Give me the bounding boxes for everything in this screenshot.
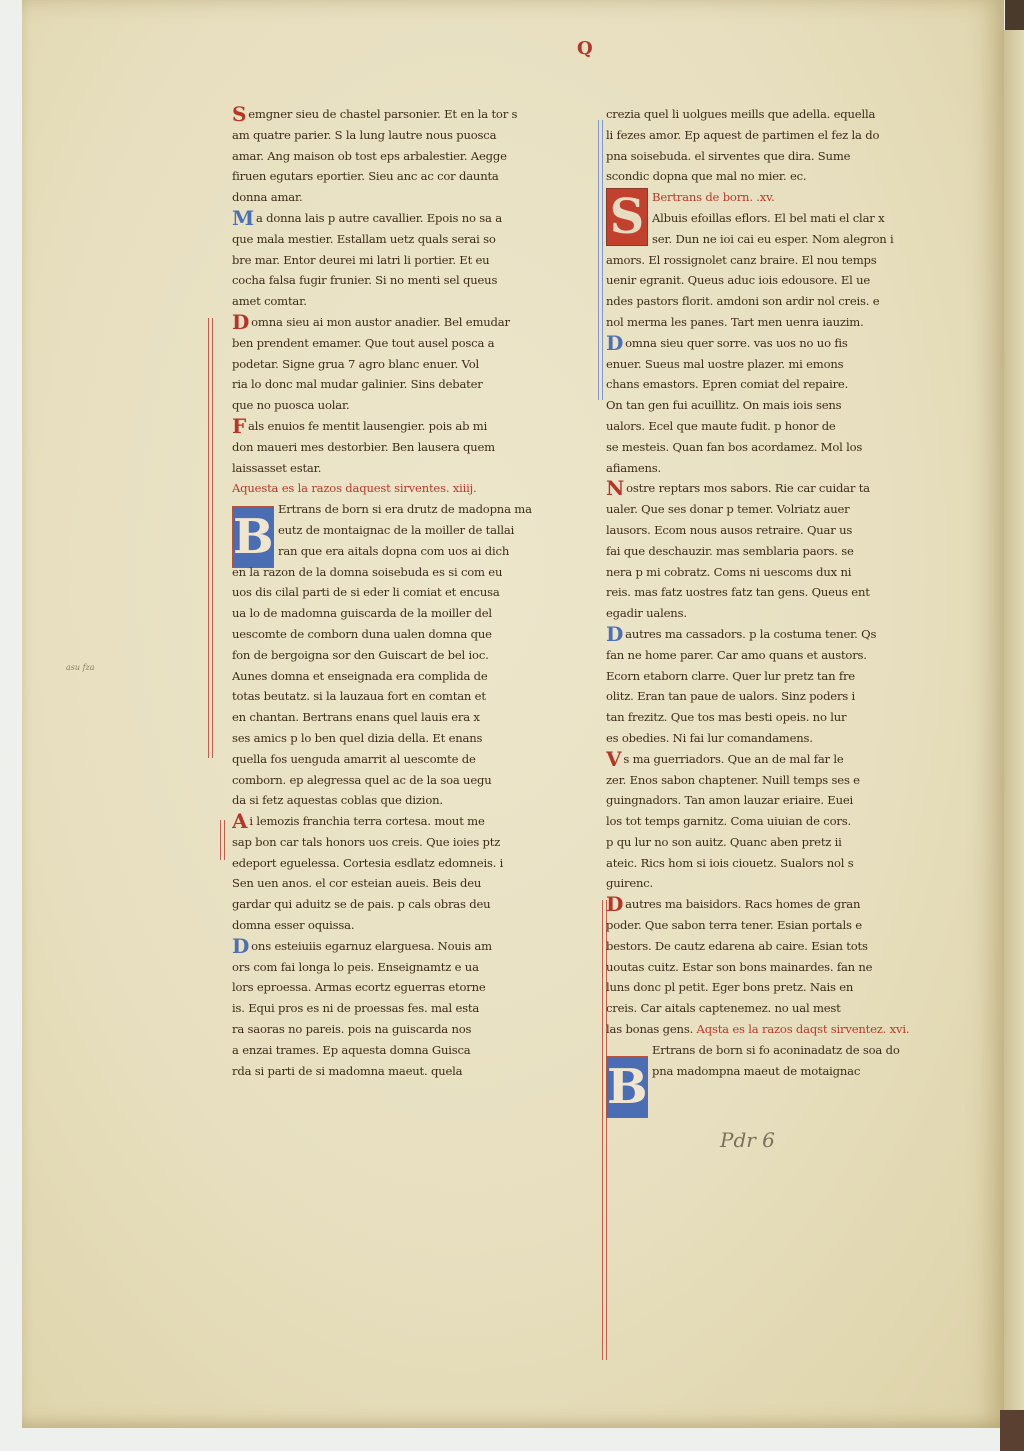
line-text: pna soisebuda. el sirventes que dira. Su… [606, 149, 850, 163]
text-line: nera p mi cobratz. Coms ni uescoms dux n… [606, 562, 961, 583]
line-text: creis. Car aitals captenemez. no ual mes… [606, 1001, 841, 1015]
text-line: tan frezitz. Que tos mas besti opeis. no… [606, 707, 961, 728]
text-line: laissasset estar. [232, 458, 587, 479]
line-text: domna esser oquissa. [232, 918, 354, 932]
initial-capital: D [232, 937, 249, 955]
line-text: Ecorn etaborn clarre. Quer lur pretz tan… [606, 669, 855, 683]
line-text: Sen uen anos. el cor esteian aueis. Beis… [232, 876, 481, 890]
line-text: als enuios fe mentit lausengier. pois ab… [248, 419, 487, 433]
text-line: que no puosca uolar. [232, 395, 587, 416]
line-text: luns donc pl petit. Eger bons pretz. Nai… [606, 980, 853, 994]
text-line: en chantan. Bertrans enans quel lauis er… [232, 707, 587, 728]
text-line: ua lo de madomna guiscarda de la moiller… [232, 603, 587, 624]
line-text: da si fetz aquestas coblas que dizion. [232, 793, 443, 807]
text-line: Ma donna lais p autre cavallier. Epois n… [232, 208, 587, 229]
text-line: poder. Que sabon terra tener. Esian port… [606, 915, 961, 936]
line-text: sap bon car tals honors uos creis. Que i… [232, 835, 500, 849]
initial-capital: D [606, 334, 623, 352]
line-text: p qu lur no son auitz. Quanc aben pretz … [606, 835, 842, 849]
line-text: quella fos uenguda amarrit al uescomte d… [232, 752, 476, 766]
line-text: laissasset estar. [232, 461, 321, 475]
text-line: ualer. Que ses donar p temer. Volriatz a… [606, 499, 961, 520]
line-text: que no puosca uolar. [232, 398, 350, 412]
initial-capital: A [232, 812, 247, 830]
initial-capital: D [606, 625, 623, 643]
signature-mark: Pdr 6 [720, 1128, 775, 1152]
line-text: donna amar. [232, 190, 303, 204]
line-text: ndes pastors florit. amdoni son ardir no… [606, 294, 879, 308]
page-gutter [1004, 30, 1024, 1420]
text-line: Semgner sieu de chastel parsonier. Et en… [232, 104, 587, 125]
line-text: egadir ualens. [606, 606, 687, 620]
text-line: Bertrans de born. .xv. [606, 187, 961, 208]
text-line: a enzai trames. Ep aquesta domna Guisca [232, 1040, 587, 1061]
line-text: ualors. Ecel que maute fudit. p honor de [606, 419, 836, 433]
text-line: nol merma les panes. Tart men uenra iauz… [606, 312, 961, 333]
line-text: emgner sieu de chastel parsonier. Et en … [248, 107, 517, 121]
line-text: nol merma les panes. Tart men uenra iauz… [606, 315, 864, 329]
text-line: bre mar. Entor deurei mi latri li portie… [232, 250, 587, 271]
text-line: lors eproessa. Armas ecortz eguerras eto… [232, 977, 587, 998]
line-text: amors. El rossignolet canz braire. El no… [606, 253, 876, 267]
line-text: fon de bergoigna sor den Guiscart de bel… [232, 648, 489, 662]
text-line: quella fos uenguda amarrit al uescomte d… [232, 749, 587, 770]
text-line: comborn. ep alegressa quel ac de la soa … [232, 770, 587, 791]
text-line: en la razon de la domna soisebuda es si … [232, 562, 587, 583]
line-text: ses amics p lo ben quel dizia della. Et … [232, 731, 482, 745]
text-line: Domna sieu quer sorre. vas uos no uo fis [606, 333, 961, 354]
text-line: pna madompna maeut de motaignac [606, 1061, 961, 1082]
text-line: podetar. Signe grua 7 agro blanc enuer. … [232, 354, 587, 375]
line-text: don maueri mes destorbier. Ben lausera q… [232, 440, 495, 454]
text-line: Nostre reptars mos sabors. Rie car cuida… [606, 478, 961, 499]
line-text: firuen egutars eportier. Sieu anc ac cor… [232, 169, 499, 183]
line-text: fan ne home parer. Car amo quans et aust… [606, 648, 867, 662]
text-line: domna esser oquissa. [232, 915, 587, 936]
line-text: li fezes amor. Ep aquest de partimen el … [606, 128, 879, 142]
binding-top [1005, 0, 1024, 30]
left-text-column: Semgner sieu de chastel parsonier. Et en… [232, 104, 587, 1081]
text-line: is. Equi pros es ni de proessas fes. mal… [232, 998, 587, 1019]
text-line: ser. Dun ne ioi cai eu esper. Nom alegro… [606, 229, 961, 250]
line-text: los tot temps garnitz. Coma uiuian de co… [606, 814, 851, 828]
text-line: Vs ma guerriadors. Que an de mal far le [606, 749, 961, 770]
line-text: zer. Enos sabon chaptener. Nuill temps s… [606, 773, 860, 787]
text-line: uoutas cuitz. Estar son bons mainardes. … [606, 957, 961, 978]
text-line: guingnadors. Tan amon lauzar eriaire. Eu… [606, 790, 961, 811]
text-line: ses amics p lo ben quel dizia della. Et … [232, 728, 587, 749]
line-text: Bertrans de born. .xv. [652, 190, 775, 204]
right-blue-border-decoration [598, 120, 603, 400]
line-text: se mesteis. Quan fan bos acordamez. Mol … [606, 440, 862, 454]
text-line: crezia quel li uolgues meills que adella… [606, 104, 961, 125]
text-line: firuen egutars eportier. Sieu anc ac cor… [232, 166, 587, 187]
line-text: amet comtar. [232, 294, 307, 308]
line-text: ostre reptars mos sabors. Rie car cuidar… [626, 481, 870, 495]
text-line: gardar qui aduitz se de pais. p cals obr… [232, 894, 587, 915]
left-red-border-decoration-lower [220, 820, 225, 860]
text-line: Ertrans de born si era drutz de madopna … [232, 499, 587, 520]
text-line: las bonas gens. Aqsta es la razos daqst … [606, 1019, 961, 1040]
text-line: ualors. Ecel que maute fudit. p honor de [606, 416, 961, 437]
text-line: ria lo donc mal mudar galinier. Sins deb… [232, 374, 587, 395]
text-line: ran que era aitals dopna com uos ai dich [232, 541, 587, 562]
initial-capital: M [232, 209, 254, 227]
text-line: rda si parti de si madomna maeut. quela [232, 1061, 587, 1082]
line-text: i lemozis franchia terra cortesa. mout m… [249, 814, 484, 828]
line-text: is. Equi pros es ni de proessas fes. mal… [232, 1001, 479, 1015]
line-text: ualer. Que ses donar p temer. Volriatz a… [606, 502, 849, 516]
text-line: fan ne home parer. Car amo quans et aust… [606, 645, 961, 666]
text-line: uenir egranit. Queus aduc iois edousore.… [606, 270, 961, 291]
text-line: enuer. Sueus mal uostre plazer. mi emons [606, 354, 961, 375]
folio-mark: Q [577, 38, 593, 59]
text-line: bestors. De cautz edarena ab caire. Esia… [606, 936, 961, 957]
text-line: eutz de montaignac de la moiller de tall… [232, 520, 587, 541]
text-line: ben prendent emamer. Que tout ausel posc… [232, 333, 587, 354]
line-text: eutz de montaignac de la moiller de tall… [278, 523, 514, 537]
line-text: On tan gen fui acuillitz. On mais iois s… [606, 398, 841, 412]
text-line: lausors. Ecom nous ausos retraire. Quar … [606, 520, 961, 541]
line-text: ra saoras no pareis. pois na guiscarda n… [232, 1022, 471, 1036]
line-text: nera p mi cobratz. Coms ni uescoms dux n… [606, 565, 851, 579]
text-line: chans emastors. Epren comiat del repaire… [606, 374, 961, 395]
text-line: Aunes domna et enseignada era complida d… [232, 666, 587, 687]
line-text: a donna lais p autre cavallier. Epois no… [256, 211, 502, 225]
text-line: egadir ualens. [606, 603, 961, 624]
text-line: creis. Car aitals captenemez. no ual mes… [606, 998, 961, 1019]
text-line: amet comtar. [232, 291, 587, 312]
initial-capital: S [232, 105, 246, 123]
text-line: Dautres ma cassadors. p la costuma tener… [606, 624, 961, 645]
line-text: chans emastors. Epren comiat del repaire… [606, 377, 848, 391]
line-text: autres ma cassadors. p la costuma tener.… [625, 627, 876, 641]
line-text: ran que era aitals dopna com uos ai dich [278, 544, 509, 558]
text-line: ors com fai longa lo peis. Enseignamtz e… [232, 957, 587, 978]
line-text: cocha falsa fugir frunier. Si no menti s… [232, 273, 497, 287]
text-line: Albuis efoillas eflors. El bel mati el c… [606, 208, 961, 229]
text-line: Dautres ma baisidors. Racs homes de gran [606, 894, 961, 915]
line-text: ria lo donc mal mudar galinier. Sins deb… [232, 377, 483, 391]
text-line: zer. Enos sabon chaptener. Nuill temps s… [606, 770, 961, 791]
line-text: Albuis efoillas eflors. El bel mati el c… [652, 211, 884, 225]
text-line: Aquesta es la razos daquest sirventes. x… [232, 478, 587, 499]
line-text: omna sieu ai mon austor anadier. Bel emu… [251, 315, 510, 329]
line-text: am quatre parier. S la lung lautre nous … [232, 128, 496, 142]
text-line: don maueri mes destorbier. Ben lausera q… [232, 437, 587, 458]
line-text: bestors. De cautz edarena ab caire. Esia… [606, 939, 868, 953]
line-text: guirenc. [606, 876, 653, 890]
text-line: se mesteis. Quan fan bos acordamez. Mol … [606, 437, 961, 458]
text-line: que mala mestier. Estallam uetz quals se… [232, 229, 587, 250]
line-text: ors com fai longa lo peis. Enseignamtz e… [232, 960, 479, 974]
line-text: amar. Ang maison ob tost eps arbalestier… [232, 149, 507, 163]
line-text: enuer. Sueus mal uostre plazer. mi emons [606, 357, 843, 371]
right-text-column: crezia quel li uolgues meills que adella… [606, 104, 961, 1081]
text-line: Domna sieu ai mon austor anadier. Bel em… [232, 312, 587, 333]
text-line: Dons esteiuiis egarnuz elarguesa. Nouis … [232, 936, 587, 957]
line-text: uos dis cilal parti de si eder li comiat… [232, 585, 500, 599]
text-line: Ertrans de born si fo aconinadatz de soa… [606, 1040, 961, 1061]
text-line: afiamens. [606, 458, 961, 479]
line-text: autres ma baisidors. Racs homes de gran [625, 897, 860, 911]
text-line: uos dis cilal parti de si eder li comiat… [232, 582, 587, 603]
line-text: gardar qui aduitz se de pais. p cals obr… [232, 897, 490, 911]
text-line: cocha falsa fugir frunier. Si no menti s… [232, 270, 587, 291]
line-text: Ertrans de born si era drutz de madopna … [278, 502, 532, 516]
line-text: pna madompna maeut de motaignac [652, 1064, 860, 1078]
text-line: edeport eguelessa. Cortesia esdlatz edom… [232, 853, 587, 874]
text-line: ra saoras no pareis. pois na guiscarda n… [232, 1019, 587, 1040]
line-text: en la razon de la domna soisebuda es si … [232, 565, 502, 579]
line-text: poder. Que sabon terra tener. Esian port… [606, 918, 862, 932]
text-line: los tot temps garnitz. Coma uiuian de co… [606, 811, 961, 832]
text-line: p qu lur no son auitz. Quanc aben pretz … [606, 832, 961, 853]
line-text: guingnadors. Tan amon lauzar eriaire. Eu… [606, 793, 853, 807]
line-text: olitz. Eran tan paue de ualors. Sinz pod… [606, 689, 855, 703]
line-text: comborn. ep alegressa quel ac de la soa … [232, 773, 491, 787]
text-line: ateic. Rics hom si iois ciouetz. Sualors… [606, 853, 961, 874]
line-text: Aquesta es la razos daquest sirventes. x… [232, 481, 477, 495]
line-text: que mala mestier. Estallam uetz quals se… [232, 232, 496, 246]
binding-bottom [1000, 1410, 1024, 1451]
text-line: Sen uen anos. el cor esteian aueis. Beis… [232, 873, 587, 894]
line-text: bre mar. Entor deurei mi latri li portie… [232, 253, 489, 267]
text-line: Fals enuios fe mentit lausengier. pois a… [232, 416, 587, 437]
line-text: a enzai trames. Ep aquesta domna Guisca [232, 1043, 471, 1057]
text-line: reis. mas fatz uostres fatz tan gens. Qu… [606, 582, 961, 603]
text-line: On tan gen fui acuillitz. On mais iois s… [606, 395, 961, 416]
text-line: amar. Ang maison ob tost eps arbalestier… [232, 146, 587, 167]
line-text: tan frezitz. Que tos mas besti opeis. no… [606, 710, 846, 724]
text-line: ndes pastors florit. amdoni son ardir no… [606, 291, 961, 312]
text-line: Ai lemozis franchia terra cortesa. mout … [232, 811, 587, 832]
line-text: afiamens. [606, 461, 661, 475]
left-red-border-decoration [208, 318, 213, 758]
text-line: am quatre parier. S la lung lautre nous … [232, 125, 587, 146]
line-text: uescomte de comborn duna ualen domna que [232, 627, 492, 641]
line-text: edeport eguelessa. Cortesia esdlatz edom… [232, 856, 503, 870]
text-line: luns donc pl petit. Eger bons pretz. Nai… [606, 977, 961, 998]
line-text: podetar. Signe grua 7 agro blanc enuer. … [232, 357, 479, 371]
initial-capital: N [606, 479, 624, 497]
line-text: s ma guerriadors. Que an de mal far le [623, 752, 843, 766]
text-line: amors. El rossignolet canz braire. El no… [606, 250, 961, 271]
line-text: Aunes domna et enseignada era complida d… [232, 669, 488, 683]
text-line: olitz. Eran tan paue de ualors. Sinz pod… [606, 686, 961, 707]
line-text: es obedies. Ni fai lur comandamens. [606, 731, 813, 745]
line-text: fai que deschauzir. mas semblaria paors.… [606, 544, 854, 558]
line-text: Ertrans de born si fo aconinadatz de soa… [652, 1043, 900, 1057]
text-line: fon de bergoigna sor den Guiscart de bel… [232, 645, 587, 666]
line-text: uoutas cuitz. Estar son bons mainardes. … [606, 960, 872, 974]
text-line: Ecorn etaborn clarre. Quer lur pretz tan… [606, 666, 961, 687]
text-line: scondic dopna que mal no mier. ec. [606, 166, 961, 187]
text-line: da si fetz aquestas coblas que dizion. [232, 790, 587, 811]
line-text: ateic. Rics hom si iois ciouetz. Sualors… [606, 856, 854, 870]
line-text: lausors. Ecom nous ausos retraire. Quar … [606, 523, 852, 537]
text-line: li fezes amor. Ep aquest de partimen el … [606, 125, 961, 146]
text-line: totas beutatz. si la lauzaua fort en com… [232, 686, 587, 707]
line-text: uenir egranit. Queus aduc iois edousore.… [606, 273, 870, 287]
line-text: rda si parti de si madomna maeut. quela [232, 1064, 462, 1078]
line-text: en chantan. Bertrans enans quel lauis er… [232, 710, 480, 724]
initial-capital: D [232, 313, 249, 331]
text-line: sap bon car tals honors uos creis. Que i… [232, 832, 587, 853]
text-line: fai que deschauzir. mas semblaria paors.… [606, 541, 961, 562]
line-text: ben prendent emamer. Que tout ausel posc… [232, 336, 494, 350]
text-line: donna amar. [232, 187, 587, 208]
line-text: crezia quel li uolgues meills que adella… [606, 107, 875, 121]
initial-capital: V [606, 750, 621, 768]
initial-capital: F [232, 417, 246, 435]
line-text: lors eproessa. Armas ecortz eguerras eto… [232, 980, 486, 994]
line-text: ua lo de madomna guiscarda de la moiller… [232, 606, 492, 620]
text-line: uescomte de comborn duna ualen domna que [232, 624, 587, 645]
line-text: reis. mas fatz uostres fatz tan gens. Qu… [606, 585, 870, 599]
margin-note: asu fza [66, 663, 95, 672]
line-text: ser. Dun ne ioi cai eu esper. Nom alegro… [652, 232, 894, 246]
line-text: scondic dopna que mal no mier. ec. [606, 169, 806, 183]
text-line: es obedies. Ni fai lur comandamens. [606, 728, 961, 749]
text-line: guirenc. [606, 873, 961, 894]
line-text: totas beutatz. si la lauzaua fort en com… [232, 689, 486, 703]
line-text: ons esteiuiis egarnuz elarguesa. Nouis a… [251, 939, 492, 953]
line-text: omna sieu quer sorre. vas uos no uo fis [625, 336, 848, 350]
initial-capital: D [606, 895, 623, 913]
text-line: pna soisebuda. el sirventes que dira. Su… [606, 146, 961, 167]
